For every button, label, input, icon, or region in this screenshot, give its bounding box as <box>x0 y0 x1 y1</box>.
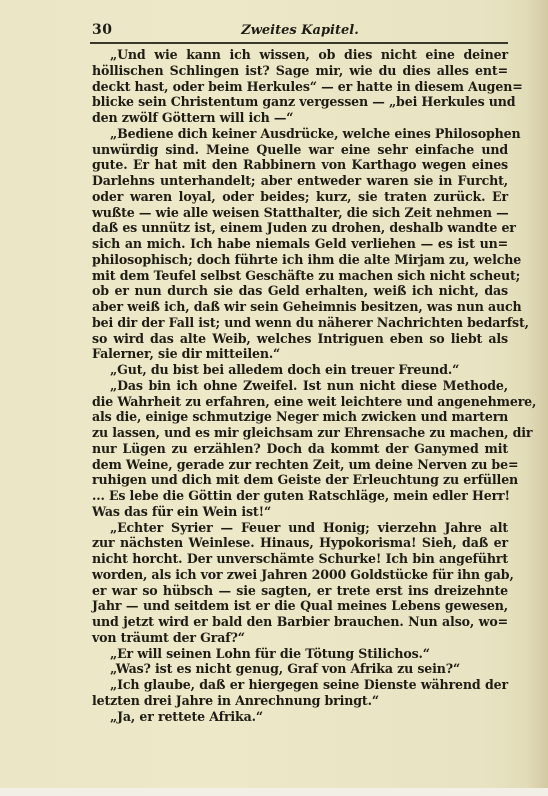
text-line: als die, einige schmutzige Neger mich zw… <box>74 409 508 425</box>
text-line: ... Es lebe die Göttin der guten Ratschl… <box>74 488 508 504</box>
text-line: „Gut, du bist bei alledem doch ein treue… <box>92 362 508 378</box>
text-line: „Das bin ich ohne Zweifel. Ist nun nicht… <box>92 378 508 394</box>
text-line: blicke sein Christentum ganz vergessen —… <box>74 94 508 110</box>
text-line: mit dem Teufel selbst Geschäfte zu mache… <box>74 268 508 284</box>
text-line: höllischen Schlingen ist? Sage mir, wie … <box>74 63 508 79</box>
paragraph: „Gut, du bist bei alledem doch ein treue… <box>92 362 508 378</box>
text-line: er war so hübsch — sie sagten, er trete … <box>74 583 508 599</box>
text-line: von träumt der Graf?“ <box>74 630 508 646</box>
paragraph: „Das bin ich ohne Zweifel. Ist nun nicht… <box>92 378 508 520</box>
text-line: „Und wie kann ich wissen, ob dies nicht … <box>92 47 508 63</box>
scan-bottom-edge <box>0 788 548 796</box>
text-line: ruhigen und dich mit dem Geiste der Erle… <box>74 472 508 488</box>
header-rule <box>90 42 508 44</box>
text-line: „Ja, er rettete Afrika.“ <box>92 709 508 725</box>
text-line: unwürdig sind. Meine Quelle war eine seh… <box>74 142 508 158</box>
text-line: dem Weine, gerade zur rechten Zeit, um d… <box>74 457 508 473</box>
text-line: gute. Er hat mit den Rabbinern von Karth… <box>74 157 508 173</box>
text-line: Jahr — und seitdem ist er die Qual meine… <box>74 598 508 614</box>
text-line: zu lassen, und es mir gleichsam zur Ehre… <box>74 425 508 441</box>
text-line: Darlehns unterhandelt; aber entweder war… <box>74 173 508 189</box>
text-line: daß es unnütz ist, einem Juden zu drohen… <box>74 220 508 236</box>
text-line: so wird das alte Weib, welches Intriguen… <box>74 331 508 347</box>
page-header: 30 Zweites Kapitel. <box>92 22 508 42</box>
text-line: „Er will seinen Lohn für die Tötung Stil… <box>92 646 508 662</box>
paragraph: „Bediene dich keiner Ausdrücke, welche e… <box>92 126 508 362</box>
text-line: Falerner, sie dir mitteilen.“ <box>74 346 508 362</box>
text-line: aber weiß ich, daß wir sein Geheimnis be… <box>74 299 508 315</box>
text-line: wußte — wie alle weisen Statthalter, die… <box>74 205 508 221</box>
text-line: worden, als ich vor zwei Jahren 2000 Gol… <box>74 567 508 583</box>
text-line: „Bediene dich keiner Ausdrücke, welche e… <box>92 126 508 142</box>
text-line: den zwölf Göttern will ich —“ <box>74 110 508 126</box>
paragraph: „Und wie kann ich wissen, ob dies nicht … <box>92 47 508 126</box>
paragraph: „Was? ist es nicht genug, Graf von Afrik… <box>92 661 508 677</box>
text-line: „Ich glaube, daß er hiergegen seine Dien… <box>92 677 508 693</box>
text-line: deckt hast, oder beim Herkules“ — er hat… <box>74 79 508 95</box>
text-line: „Echter Syrier — Feuer und Honig; vierze… <box>92 520 508 536</box>
text-line: nur Lügen zu erzählen? Doch da kommt der… <box>74 441 508 457</box>
text-line: und jetzt wird er bald den Barbier brauc… <box>74 614 508 630</box>
text-line: die Wahrheit zu erfahren, eine weit leic… <box>74 394 508 410</box>
paragraph: „Er will seinen Lohn für die Tötung Stil… <box>92 646 508 662</box>
text-line: nicht horcht. Der unverschämte Schurke! … <box>74 551 508 567</box>
running-head: Zweites Kapitel. <box>92 23 508 38</box>
text-line: „Was? ist es nicht genug, Graf von Afrik… <box>92 661 508 677</box>
body-text: „Und wie kann ich wissen, ob dies nicht … <box>92 47 508 724</box>
text-line: bei dir der Fall ist; und wenn du nähere… <box>74 315 508 331</box>
text-line: Was das für ein Wein ist!“ <box>74 504 508 520</box>
book-page: 30 Zweites Kapitel. „Und wie kann ich wi… <box>0 0 548 788</box>
text-line: letzten drei Jahre in Anrechnung bringt.… <box>74 693 508 709</box>
text-line: zur nächsten Weinlese. Hinaus, Hypokoris… <box>74 535 508 551</box>
text-line: sich an mich. Ich habe niemals Geld verl… <box>74 236 508 252</box>
text-line: ob er nun durch sie das Geld erhalten, w… <box>74 283 508 299</box>
text-line: oder waren loyal, oder beides; kurz, sie… <box>74 189 508 205</box>
paragraph: „Ich glaube, daß er hiergegen seine Dien… <box>92 677 508 709</box>
text-line: philosophisch; doch führte ich ihm die a… <box>74 252 508 268</box>
paragraph: „Ja, er rettete Afrika.“ <box>92 709 508 725</box>
paragraph: „Echter Syrier — Feuer und Honig; vierze… <box>92 520 508 646</box>
